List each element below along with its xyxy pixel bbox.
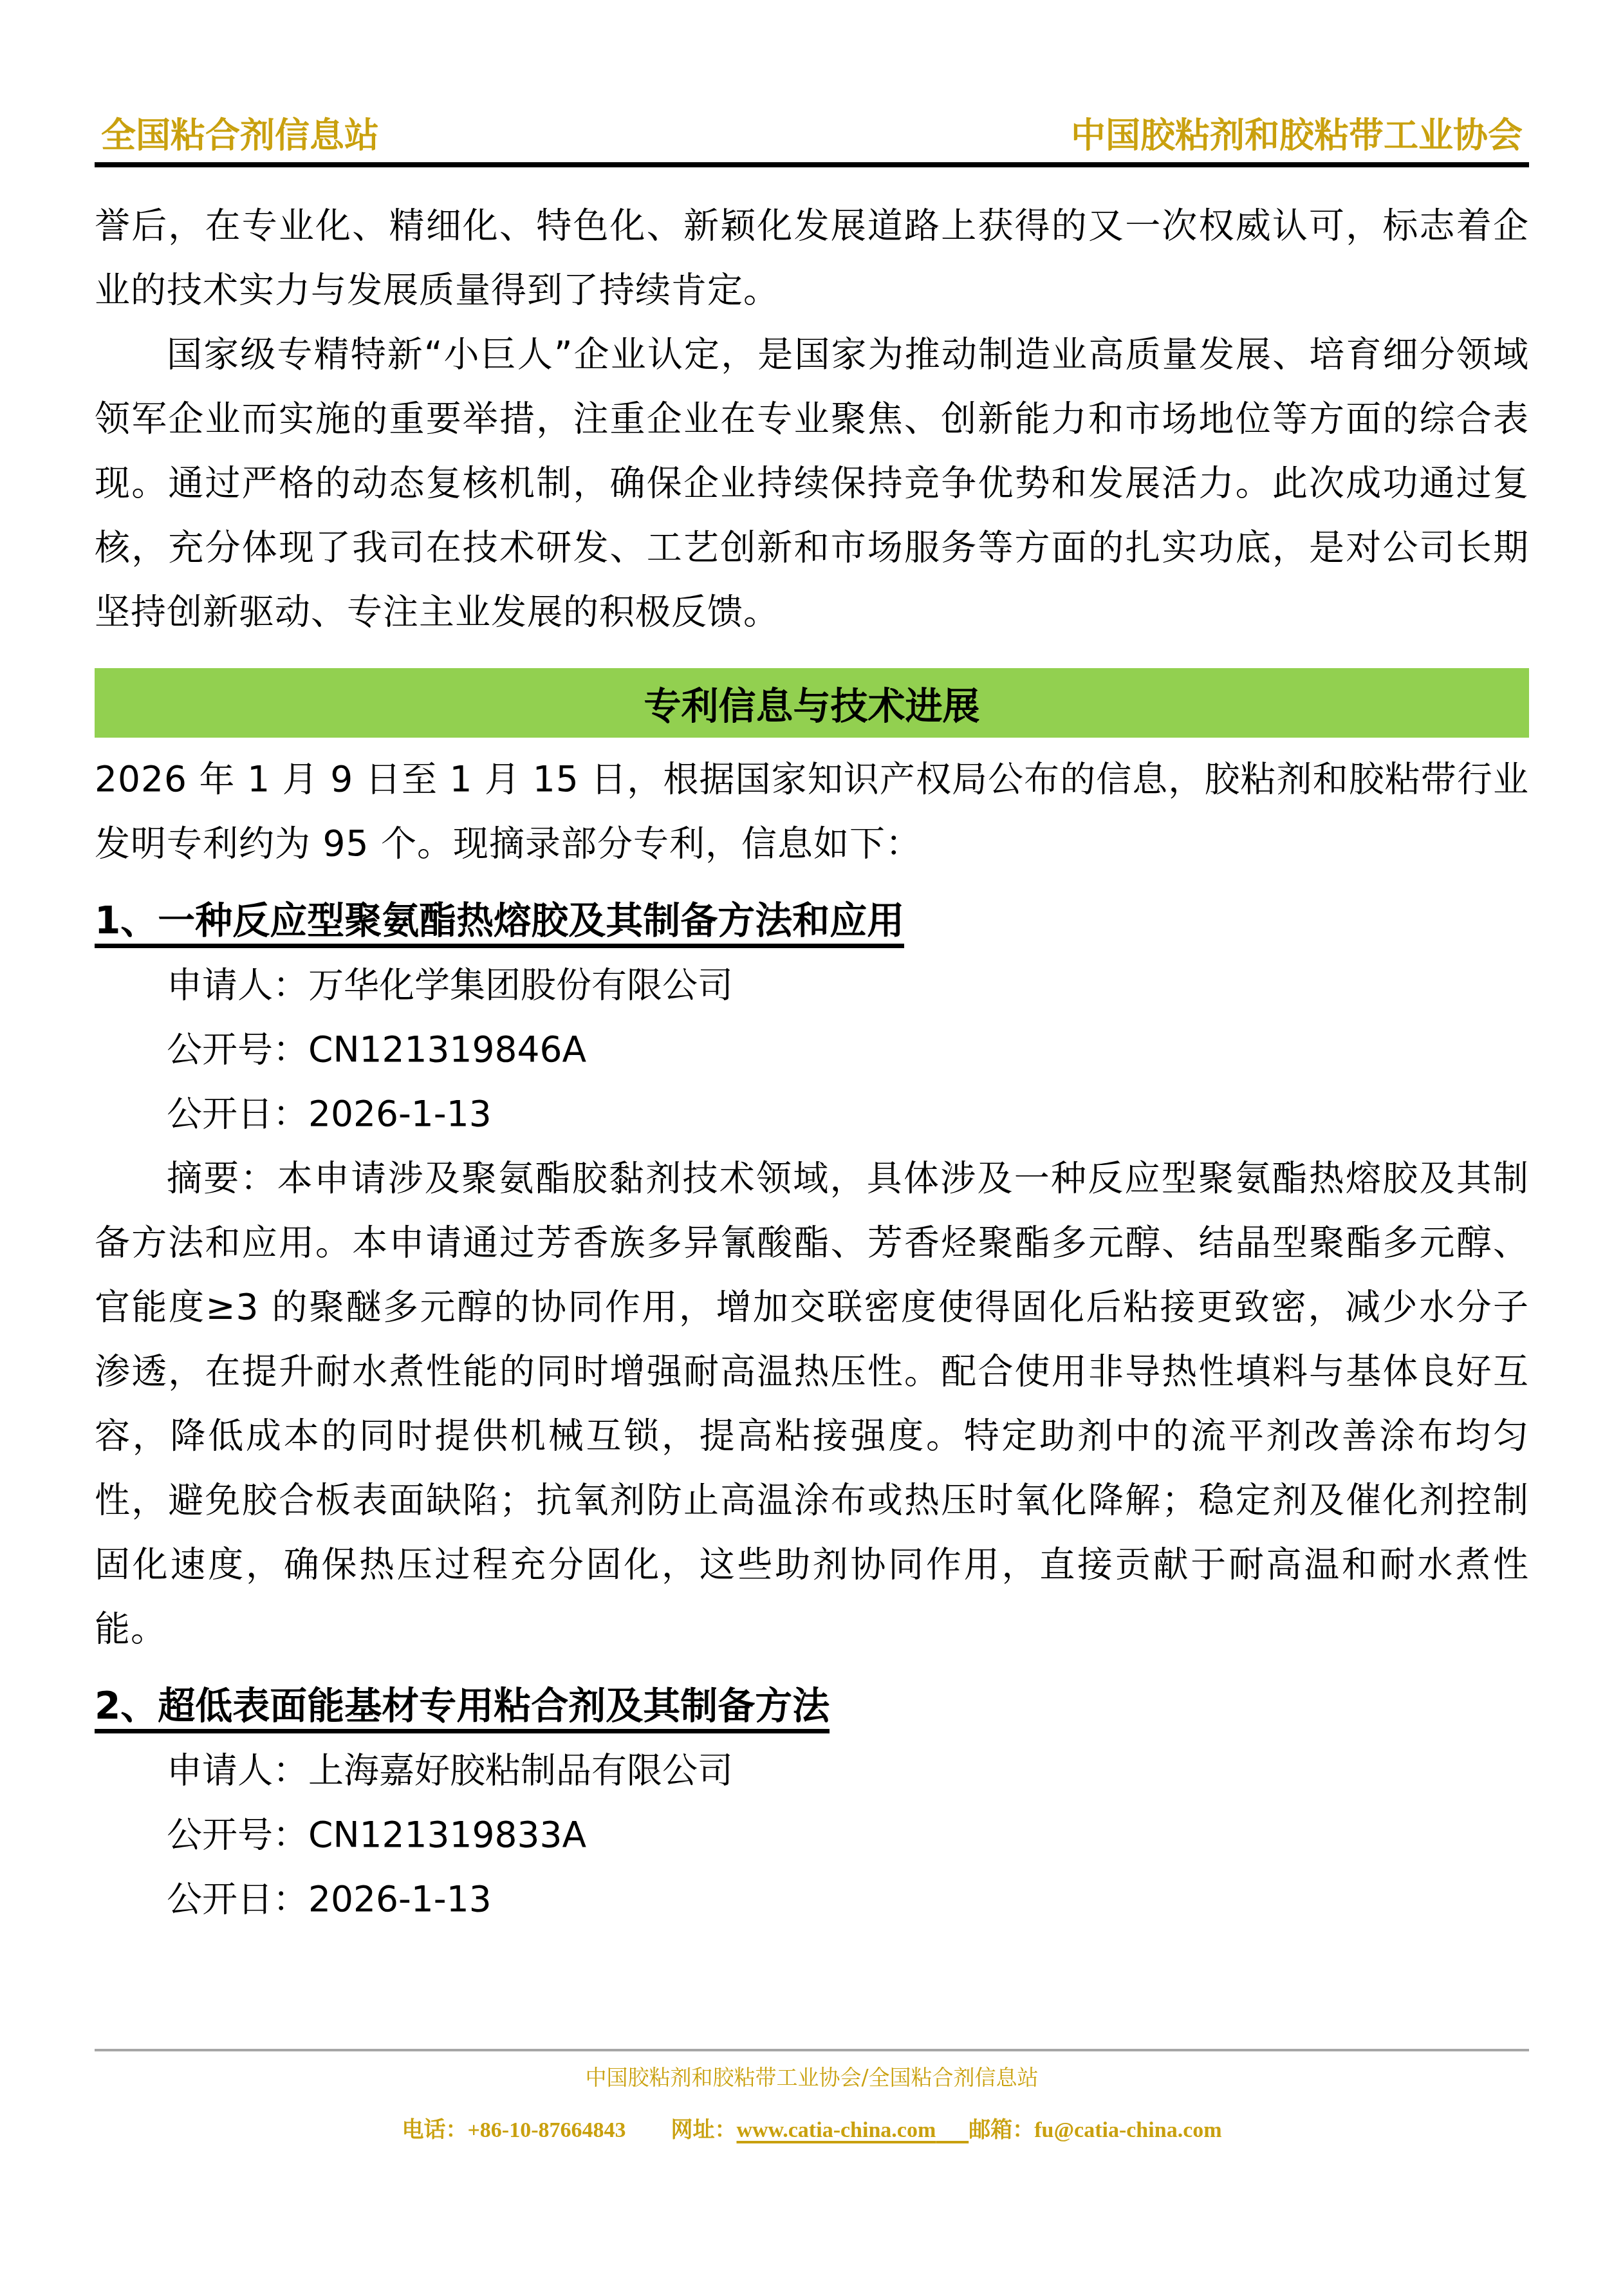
footer-contact-line: 电话：+86-10-87664843网址：www.catia-china.com… bbox=[95, 2111, 1529, 2150]
intro-paragraph-continued: 誉后，在专业化、精细化、特色化、新颖化发展道路上获得的又一次权威认可，标志着企业… bbox=[95, 193, 1529, 322]
patent-publication-date: 公开日：2026-1-13 bbox=[95, 1081, 1529, 1146]
footer-divider bbox=[95, 2049, 1529, 2051]
patent-title: 2、超低表面能基材专用粘合剂及其制备方法 bbox=[95, 1674, 1529, 1738]
patent-publication-number: 公开号：CN121319833A bbox=[95, 1802, 1529, 1867]
patent-applicant: 申请人：上海嘉好胶粘制品有限公司 bbox=[95, 1738, 1529, 1802]
phone-number: +86-10-87664843 bbox=[467, 2118, 626, 2142]
patent-summary: 2026 年 1 月 9 日至 1 月 15 日，根据国家知识产权局公布的信息，… bbox=[95, 747, 1529, 875]
header-org-name: 中国胶粘剂和胶粘带工业协会 bbox=[1071, 109, 1523, 161]
email-label: 邮箱： bbox=[969, 2118, 1034, 2142]
phone-label: 电话： bbox=[402, 2118, 467, 2142]
section-banner-title: 专利信息与技术进展 bbox=[644, 676, 979, 730]
footer-org-line: 中国胶粘剂和胶粘带工业协会/全国粘合剂信息站 bbox=[95, 2058, 1529, 2097]
website-link[interactable]: www.catia-china.com bbox=[736, 2118, 936, 2142]
document-body: 誉后，在专业化、精细化、特色化、新颖化发展道路上获得的又一次权威认可，标志着企业… bbox=[95, 193, 1529, 1931]
header-site-name: 全国粘合剂信息站 bbox=[101, 109, 379, 161]
website-label: 网址： bbox=[671, 2118, 736, 2142]
section-banner: 专利信息与技术进展 bbox=[95, 668, 1529, 738]
patent-abstract: 摘要：本申请涉及聚氨酯胶黏剂技术领域，具体涉及一种反应型聚氨酯热熔胶及其制备方法… bbox=[95, 1146, 1529, 1661]
header-divider bbox=[95, 162, 1529, 167]
patent-publication-date: 公开日：2026-1-13 bbox=[95, 1867, 1529, 1931]
email-address[interactable]: fu@catia-china.com bbox=[1034, 2118, 1221, 2142]
patent-title: 1、一种反应型聚氨酯热熔胶及其制备方法和应用 bbox=[95, 888, 1529, 953]
patent-publication-number: 公开号：CN121319846A bbox=[95, 1017, 1529, 1081]
intro-paragraph: 国家级专精特新“小巨人”企业认定，是国家为推动制造业高质量发展、培育细分领域领军… bbox=[95, 322, 1529, 644]
patent-entry: 2、超低表面能基材专用粘合剂及其制备方法 申请人：上海嘉好胶粘制品有限公司 公开… bbox=[95, 1674, 1529, 1931]
patent-entry: 1、一种反应型聚氨酯热熔胶及其制备方法和应用 申请人：万华化学集团股份有限公司 … bbox=[95, 888, 1529, 1661]
page-header: 全国粘合剂信息站 中国胶粘剂和胶粘带工业协会 bbox=[95, 109, 1529, 167]
patent-applicant: 申请人：万华化学集团股份有限公司 bbox=[95, 953, 1529, 1017]
